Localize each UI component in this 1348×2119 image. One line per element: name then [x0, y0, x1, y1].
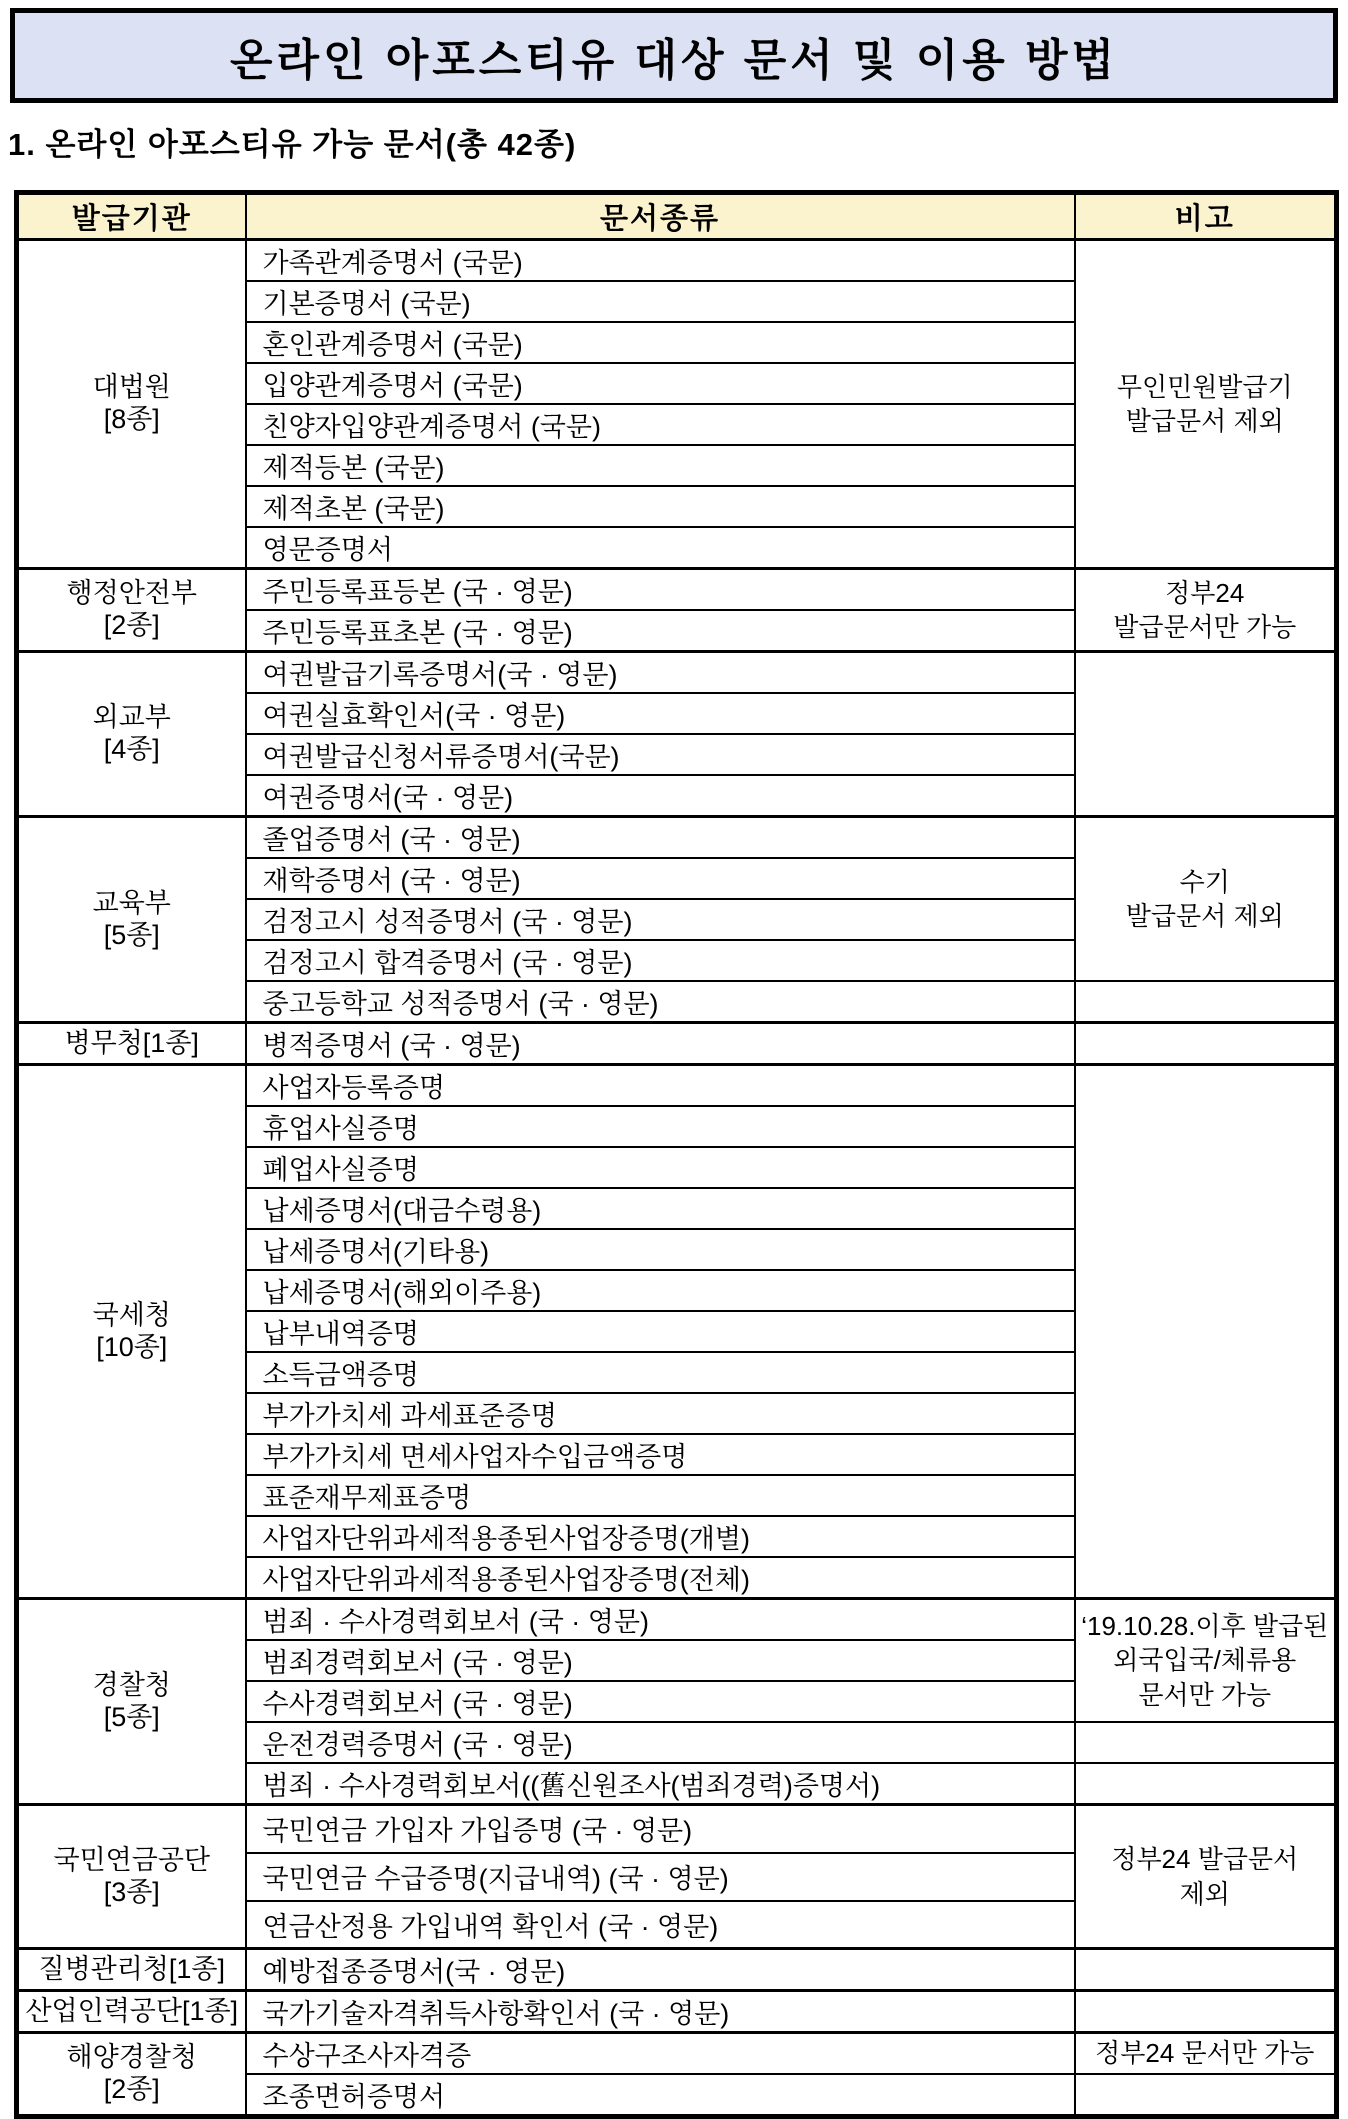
- remark-cell: [1075, 1722, 1337, 1763]
- remark-cell: [1075, 1023, 1337, 1065]
- remark-cell: 무인민원발급기발급문서 제외: [1075, 240, 1337, 569]
- agency-cell: 국민연금공단[3종]: [17, 1805, 246, 1949]
- document-cell: 납세증명서(대금수령용): [246, 1188, 1075, 1229]
- remark-cell: 수기발급문서 제외: [1075, 817, 1337, 982]
- document-cell: 운전경력증명서 (국 · 영문): [246, 1722, 1075, 1763]
- table-row: 경찰청[5종]범죄 · 수사경력회보서 (국 · 영문)‘19.10.28.이후…: [17, 1599, 1337, 1641]
- document-cell: 사업자단위과세적용종된사업장증명(전체): [246, 1557, 1075, 1599]
- table-row: 국세청[10종]사업자등록증명: [17, 1065, 1337, 1107]
- table-row: 국민연금공단[3종]국민연금 가입자 가입증명 (국 · 영문)정부24 발급문…: [17, 1805, 1337, 1853]
- remark-cell: [1075, 652, 1337, 817]
- document-cell: 여권발급신청서류증명서(국문): [246, 734, 1075, 775]
- document-cell: 사업자단위과세적용종된사업장증명(개별): [246, 1516, 1075, 1557]
- agency-cell: 대법원[8종]: [17, 240, 246, 569]
- remark-cell: [1075, 1991, 1337, 2033]
- document-cell: 주민등록표초본 (국 · 영문): [246, 610, 1075, 652]
- document-cell: 중고등학교 성적증명서 (국 · 영문): [246, 981, 1075, 1023]
- remark-cell: ‘19.10.28.이후 발급된외국입국/체류용문서만 가능: [1075, 1599, 1337, 1723]
- document-cell: 검정고시 합격증명서 (국 · 영문): [246, 940, 1075, 981]
- agency-cell: 외교부[4종]: [17, 652, 246, 817]
- remark-cell: [1075, 981, 1337, 1023]
- table-row: 해양경찰청[2종]수상구조사자격증정부24 문서만 가능: [17, 2033, 1337, 2075]
- agency-cell: 병무청[1종]: [17, 1023, 246, 1065]
- table-row: 질병관리청[1종]예방접종증명서(국 · 영문): [17, 1949, 1337, 1991]
- document-cell: 주민등록표등본 (국 · 영문): [246, 569, 1075, 611]
- table-body: 대법원[8종]가족관계증명서 (국문)무인민원발급기발급문서 제외기본증명서 (…: [17, 240, 1337, 2117]
- remark-cell: 정부24 문서만 가능: [1075, 2033, 1337, 2075]
- document-cell: 수상구조사자격증: [246, 2033, 1075, 2075]
- document-cell: 표준재무제표증명: [246, 1475, 1075, 1516]
- agency-cell: 행정안전부[2종]: [17, 569, 246, 652]
- document-cell: 혼인관계증명서 (국문): [246, 322, 1075, 363]
- agency-cell: 산업인력공단[1종]: [17, 1991, 246, 2033]
- agency-cell: 국세청[10종]: [17, 1065, 246, 1599]
- document-cell: 여권발급기록증명서(국 · 영문): [246, 652, 1075, 694]
- document-cell: 조종면허증명서: [246, 2074, 1075, 2117]
- document-cell: 졸업증명서 (국 · 영문): [246, 817, 1075, 859]
- document-cell: 재학증명서 (국 · 영문): [246, 858, 1075, 899]
- table-row: 교육부[5종]졸업증명서 (국 · 영문)수기발급문서 제외: [17, 817, 1337, 859]
- document-cell: 수사경력회보서 (국 · 영문): [246, 1681, 1075, 1722]
- document-cell: 납부내역증명: [246, 1311, 1075, 1352]
- document-cell: 병적증명서 (국 · 영문): [246, 1023, 1075, 1065]
- section-heading: 1. 온라인 아포스티유 가능 문서(총 42종): [8, 119, 1348, 164]
- document-cell: 제적초본 (국문): [246, 486, 1075, 527]
- document-cell: 범죄 · 수사경력회보서 (국 · 영문): [246, 1599, 1075, 1641]
- agency-cell: 질병관리청[1종]: [17, 1949, 246, 1991]
- document-cell: 국가기술자격취득사항확인서 (국 · 영문): [246, 1991, 1075, 2033]
- header-row: 발급기관 문서종류 비고: [17, 193, 1337, 240]
- documents-table: 발급기관 문서종류 비고 대법원[8종]가족관계증명서 (국문)무인민원발급기발…: [14, 190, 1339, 2119]
- document-cell: 납세증명서(기타용): [246, 1229, 1075, 1270]
- document-cell: 예방접종증명서(국 · 영문): [246, 1949, 1075, 1991]
- document-cell: 입양관계증명서 (국문): [246, 363, 1075, 404]
- document-cell: 범죄 · 수사경력회보서((舊신원조사(범죄경력)증명서): [246, 1763, 1075, 1805]
- document-cell: 친양자입양관계증명서 (국문): [246, 404, 1075, 445]
- document-cell: 영문증명서: [246, 527, 1075, 569]
- document-cell: 소득금액증명: [246, 1352, 1075, 1393]
- table-row: 산업인력공단[1종]국가기술자격취득사항확인서 (국 · 영문): [17, 1991, 1337, 2033]
- table-row: 대법원[8종]가족관계증명서 (국문)무인민원발급기발급문서 제외: [17, 240, 1337, 282]
- document-cell: 휴업사실증명: [246, 1106, 1075, 1147]
- column-header-doctype: 문서종류: [246, 193, 1075, 240]
- document-cell: 범죄경력회보서 (국 · 영문): [246, 1640, 1075, 1681]
- document-cell: 국민연금 가입자 가입증명 (국 · 영문): [246, 1805, 1075, 1853]
- remark-cell: [1075, 1949, 1337, 1991]
- column-header-remark: 비고: [1075, 193, 1337, 240]
- agency-cell: 해양경찰청[2종]: [17, 2033, 246, 2117]
- document-cell: 납세증명서(해외이주용): [246, 1270, 1075, 1311]
- agency-cell: 교육부[5종]: [17, 817, 246, 1023]
- document-cell: 사업자등록증명: [246, 1065, 1075, 1107]
- document-cell: 부가가치세 과세표준증명: [246, 1393, 1075, 1434]
- remark-cell: [1075, 1763, 1337, 1805]
- agency-cell: 경찰청[5종]: [17, 1599, 246, 1805]
- table-row: 병무청[1종]병적증명서 (국 · 영문): [17, 1023, 1337, 1065]
- document-cell: 가족관계증명서 (국문): [246, 240, 1075, 282]
- table-row: 외교부[4종]여권발급기록증명서(국 · 영문): [17, 652, 1337, 694]
- document-cell: 여권실효확인서(국 · 영문): [246, 693, 1075, 734]
- document-cell: 검정고시 성적증명서 (국 · 영문): [246, 899, 1075, 940]
- document-cell: 폐업사실증명: [246, 1147, 1075, 1188]
- document-cell: 국민연금 수급증명(지급내역) (국 · 영문): [246, 1853, 1075, 1901]
- document-cell: 여권증명서(국 · 영문): [246, 775, 1075, 817]
- document-cell: 제적등본 (국문): [246, 445, 1075, 486]
- remark-cell: [1075, 2074, 1337, 2117]
- remark-cell: 정부24발급문서만 가능: [1075, 569, 1337, 652]
- title-banner: 온라인 아포스티유 대상 문서 및 이용 방법: [10, 8, 1338, 103]
- document-cell: 연금산정용 가입내역 확인서 (국 · 영문): [246, 1901, 1075, 1949]
- remark-cell: [1075, 1065, 1337, 1599]
- document-cell: 부가가치세 면세사업자수입금액증명: [246, 1434, 1075, 1475]
- table-row: 행정안전부[2종]주민등록표등본 (국 · 영문)정부24발급문서만 가능: [17, 569, 1337, 611]
- document-cell: 기본증명서 (국문): [246, 281, 1075, 322]
- remark-cell: 정부24 발급문서제외: [1075, 1805, 1337, 1949]
- page-title: 온라인 아포스티유 대상 문서 및 이용 방법: [230, 24, 1118, 88]
- column-header-agency: 발급기관: [17, 193, 246, 240]
